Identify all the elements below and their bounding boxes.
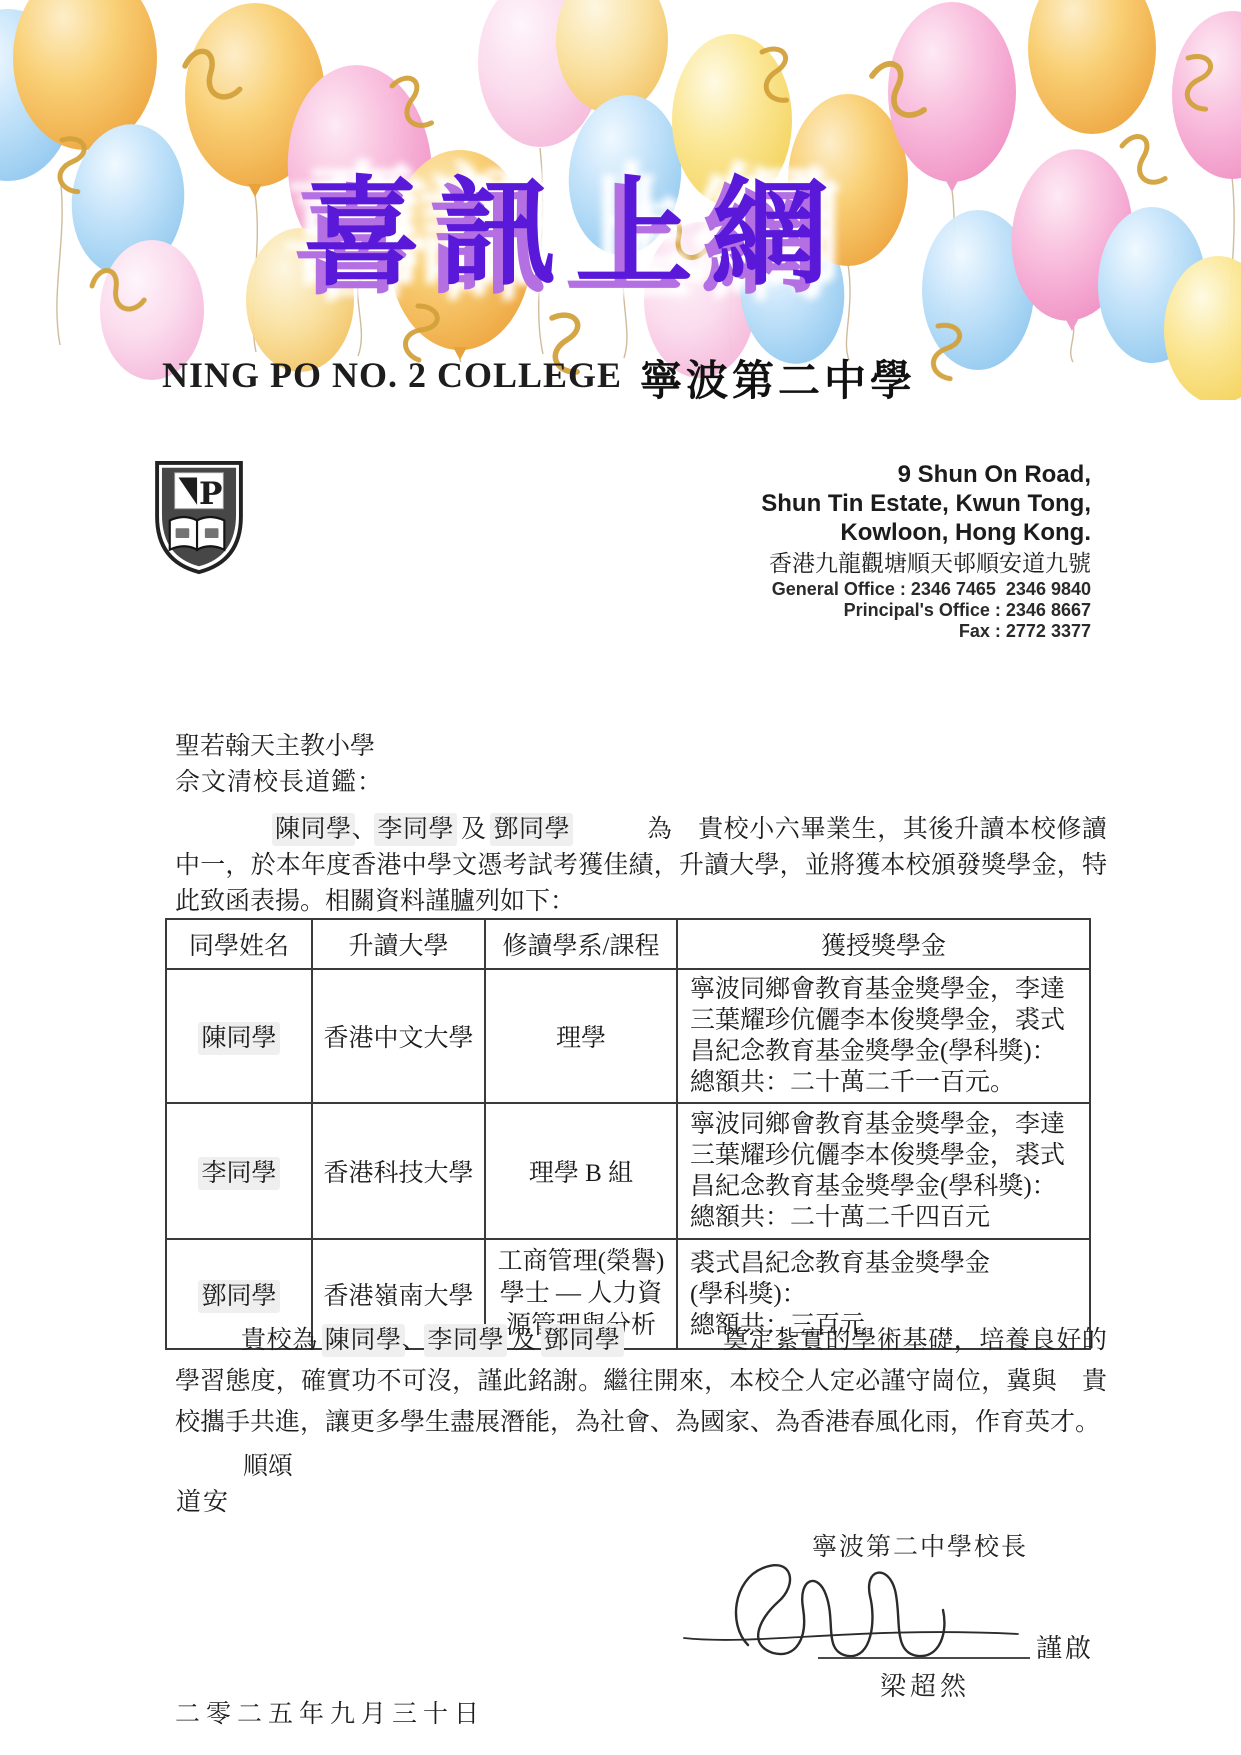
respectfully-label: 謹啟 [1036,1628,1094,1665]
student-name-highlight: 鄧同學 [544,1327,621,1354]
name-separator: 及 [454,816,493,843]
student-name-highlight: 李同學 [377,816,454,843]
cell-university: 香港中文大學 [312,969,485,1103]
address-line-2: Shun Tin Estate, Kwun Tong, [761,489,1091,518]
fax-number: Fax : 2772 3377 [761,621,1091,642]
letter-date: 二零二五年九月三十日 [175,1694,485,1730]
header-student-name: 同學姓名 [166,919,312,969]
school-logo-shield: P [154,460,244,575]
student-name-highlight: 李同學 [427,1327,504,1354]
name-separator: 、 [352,816,378,843]
general-office-phone: General Office : 2346 7465 2346 9840 [761,579,1091,600]
recipient-salutation: 佘文清校長道鑑： [175,762,383,798]
closing-phrase: 順頌 [243,1446,293,1482]
student-name-highlight: 陳同學 [275,816,352,843]
signature-underline [818,1657,1030,1659]
cell-student-name: 陳同學 [166,969,312,1103]
table-header-row: 同學姓名 升讀大學 修讀學系/課程 獲授獎學金 [166,919,1090,969]
school-name-english: NING PO NO. 2 COLLEGE [162,354,622,396]
header-course: 修讀學系/課程 [485,919,677,969]
header-scholarship: 獲授獎學金 [677,919,1090,969]
school-address-block: 9 Shun On Road, Shun Tin Estate, Kwun To… [761,460,1091,642]
closing-salute: 道安 [176,1482,230,1518]
table-row: 李同學 香港科技大學 理學 B 組 寧波同鄉會教育基金獎學金，李達三葉耀珍伉儷李… [166,1103,1090,1239]
address-line-3: Kowloon, Hong Kong. [761,518,1091,547]
student-name-highlight: 鄧同學 [493,816,570,843]
page-banner-title: 喜訊上網 [0,163,1150,305]
cell-student-name: 李同學 [166,1103,312,1239]
table-row: 陳同學 香港中文大學 理學 寧波同鄉會教育基金獎學金，李達三葉耀珍伉儷李本俊獎學… [166,969,1090,1103]
school-name-chinese: 寧波第二中學 [640,348,916,408]
recipient-school-name: 聖若翰天主教小學 [175,726,375,762]
logo-open-book [170,517,225,550]
address-line-chinese: 香港九龍觀塘順天邨順安道九號 [761,549,1091,579]
cell-course: 理學 B 組 [485,1103,677,1239]
student-name-highlight: 李同學 [201,1160,276,1187]
letter-page: 喜訊上網 NING PO NO. 2 COLLEGE 寧波第二中學 P 9 Sh… [0,0,1241,1755]
thanks-paragraph-lead: 貴校為 [241,1327,325,1354]
cell-scholarship: 寧波同鄉會教育基金獎學金，李達三葉耀珍伉儷李本俊獎學金，裘式昌紀念教育基金獎學金… [677,1103,1090,1239]
student-name-highlight: 陳同學 [325,1327,402,1354]
address-line-1: 9 Shun On Road, [761,460,1091,489]
name-separator: 及 [504,1327,543,1354]
scholarship-table: 同學姓名 升讀大學 修讀學系/課程 獲授獎學金 陳同學 香港中文大學 理學 寧波… [165,918,1091,1350]
principal-office-phone: Principal's Office : 2346 8667 [761,600,1091,621]
principal-signature [678,1550,1030,1668]
student-name-highlight: 陳同學 [201,1025,276,1052]
name-separator: 、 [402,1327,428,1354]
cell-scholarship: 寧波同鄉會教育基金獎學金，李達三葉耀珍伉儷李本俊獎學金，裘式昌紀念教育基金獎學金… [677,969,1090,1103]
principal-name: 梁超然 [855,1666,995,1703]
cell-course: 理學 [485,969,677,1103]
cell-university: 香港科技大學 [312,1103,485,1239]
header-university: 升讀大學 [312,919,485,969]
intro-paragraph: 陳同學、李同學 及 鄧同學 為 貴校小六畢業生，其後升讀本校修讀中一，於本年度香… [175,812,1107,920]
thanks-paragraph: 貴校為 陳同學、李同學 及 鄧同學 奠定紮實的學術基礎，培養良好的學習態度，確實… [175,1320,1107,1443]
logo-monogram-letter: P [199,476,222,512]
student-name-highlight: 鄧同學 [201,1283,276,1310]
